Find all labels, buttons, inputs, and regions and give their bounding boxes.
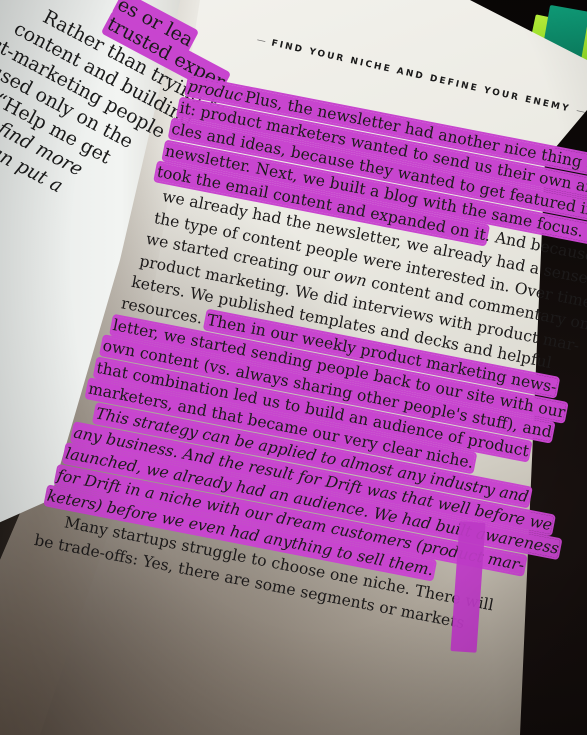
dash-left: —: [256, 35, 267, 47]
book-photo: es or leatrusted experRather than trying…: [0, 0, 587, 735]
dash-right: —: [575, 106, 586, 118]
